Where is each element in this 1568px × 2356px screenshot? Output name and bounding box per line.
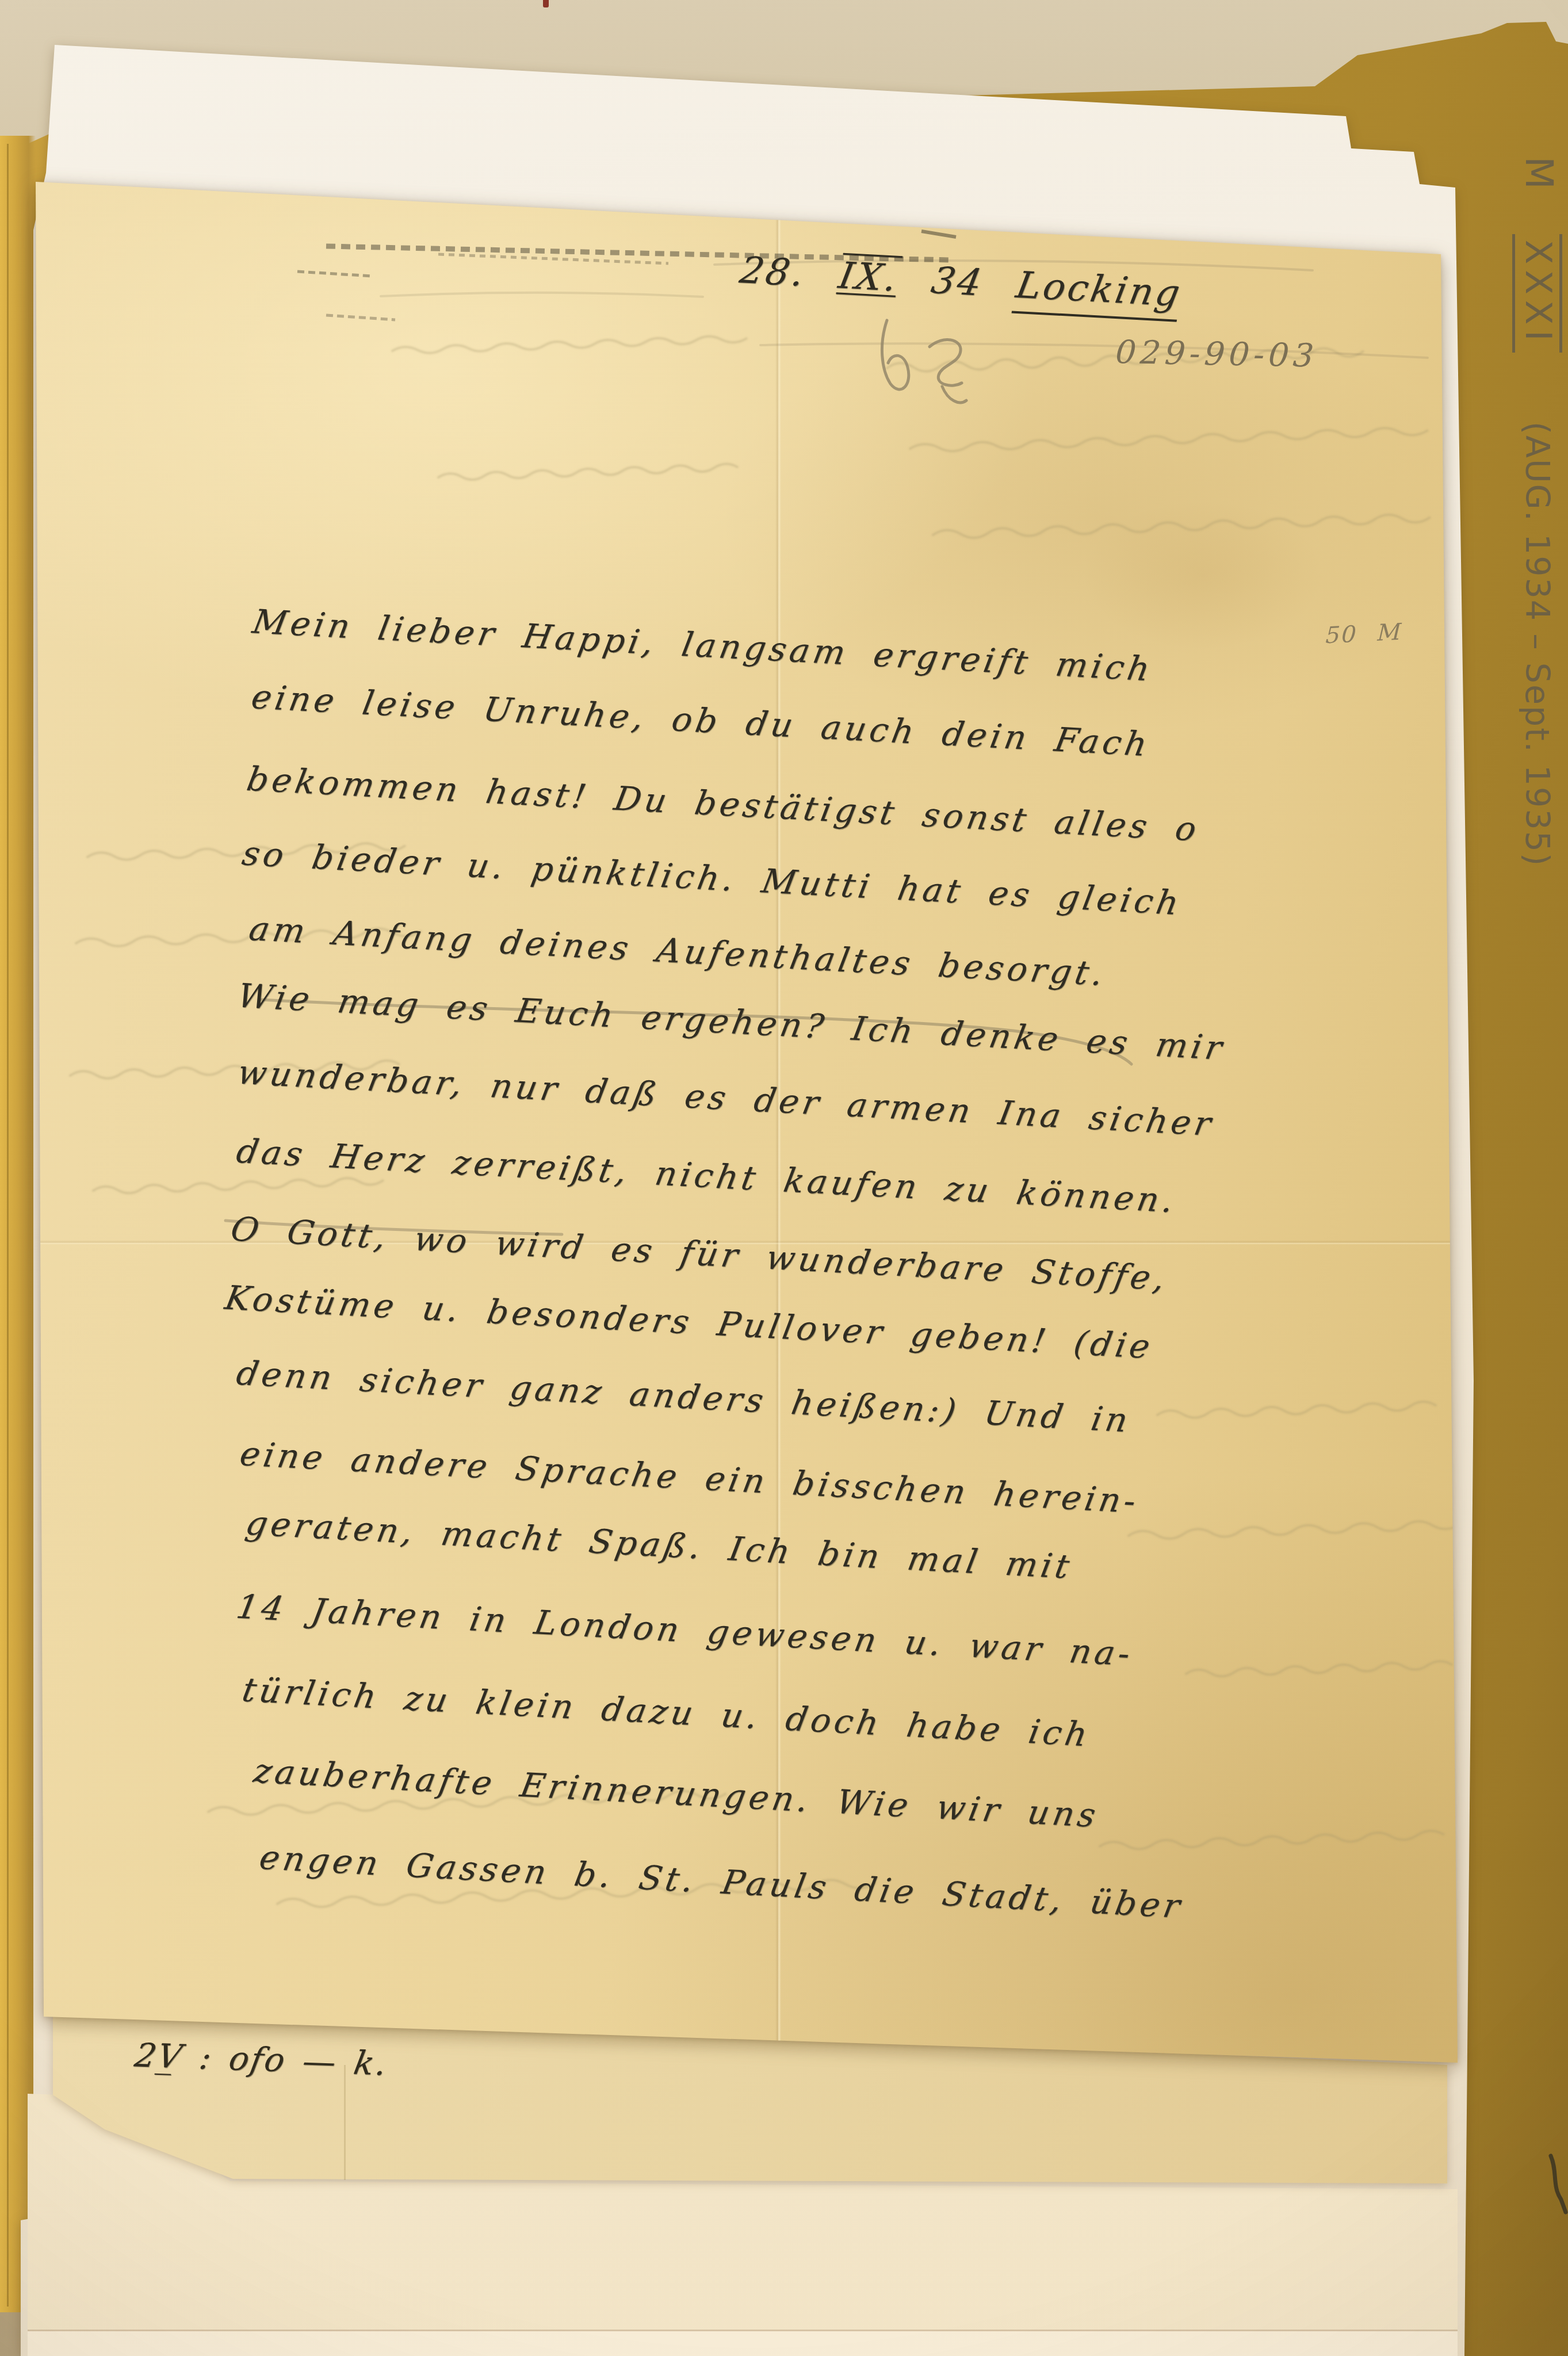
letter-line: eine andere Sprache ein bisschen herein- — [238, 1436, 1142, 1519]
archive-photo: MXXXI(AUG. 1934 – Sept. 1935) 2V̲ : ofo … — [0, 0, 1568, 2356]
letter-wrap: 28.IX.34Locking 029-90-03 50 M Mein lieb… — [0, 0, 1568, 2356]
letter-body: Mein lieber Happi, langsam ergreift mich… — [36, 178, 1462, 254]
letter-line: engen Gassen b. St. Pauls die Stadt, übe… — [257, 1840, 1186, 1924]
date-month: IX. — [835, 255, 902, 300]
letter-line: so bieder u. pünktlich. Mutti hat es gle… — [240, 836, 1185, 920]
dateline: 28.IX.34Locking — [737, 252, 1185, 313]
letter-line: eine leise Unruhe, ob du auch dein Fach — [249, 679, 1153, 762]
letter-ink-layer: 28.IX.34Locking 029-90-03 50 M Mein lieb… — [36, 178, 1462, 2147]
letter-line: bekommen hast! Du bestätigst sonst alles… — [244, 762, 1203, 847]
folder-edge-ink-mark — [1546, 2152, 1568, 2217]
letter-line: Mein lieber Happi, langsam ergreift mich — [250, 604, 1156, 687]
letter-line: das Herz zerreißt, nicht kaufen zu könne… — [234, 1134, 1180, 1218]
place-name: Locking — [1012, 264, 1185, 322]
letter-line: denn sicher ganz anders heißen:) Und in — [234, 1356, 1134, 1438]
date-day: 28. — [737, 250, 810, 295]
letter-line: wunderbar, nur daß es der armen Ina sich… — [235, 1055, 1217, 1142]
letter-line: 14 Jahren in London gewesen u. war na- — [234, 1589, 1136, 1672]
letter-line: türlich zu klein dazu u. doch habe ich — [240, 1672, 1093, 1752]
letter-page: 28.IX.34Locking 029-90-03 50 M Mein lieb… — [36, 178, 1462, 2071]
pencil-margin-note: 50 M — [1325, 620, 1403, 648]
letter-line: O Gott, wo wird es für wunderbare Stoffe… — [228, 1211, 1171, 1296]
pencil-monogram-squiggle — [874, 309, 989, 419]
letter-line: zauberhafte Erinnerungen. Wie wir uns — [251, 1754, 1102, 1834]
date-year: 34 — [928, 259, 987, 304]
letter-line: am Anfang deines Aufenthaltes besorgt. — [247, 911, 1110, 992]
letter-line: geraten, macht Spaß. Ich bin mal mit — [243, 1506, 1076, 1585]
letter-line: Kostüme u. besonders Pullover geben! (di… — [223, 1280, 1156, 1364]
catalog-number: 029-90-03 — [1114, 336, 1318, 373]
